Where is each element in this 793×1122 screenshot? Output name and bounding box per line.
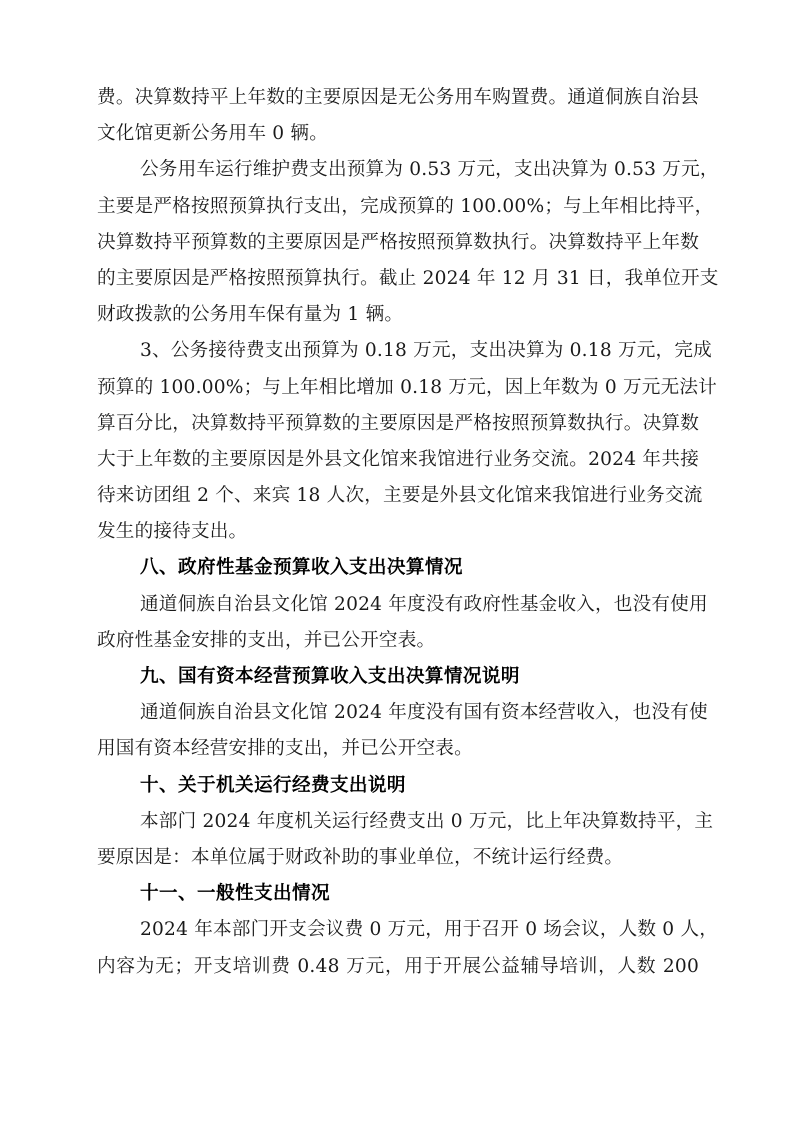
body-line: 内容为无；开支培训费 0.48 万元，用于开展公益辅导培训，人数 200: [97, 949, 699, 985]
section-heading-10: 十、关于机关运行经费支出说明: [97, 768, 699, 804]
body-line: 3、公务接待费支出预算为 0.18 万元，支出决算为 0.18 万元，完成: [97, 333, 699, 369]
section-heading-8: 八、政府性基金预算收入支出决算情况: [97, 550, 699, 586]
section-heading-11: 十一、一般性支出情况: [97, 876, 699, 912]
body-line: 费。决算数持平上年数的主要原因是无公务用车购置费。通道侗族自治县: [97, 80, 699, 116]
body-line: 算百分比，决算数持平预算数的主要原因是严格按照预算数执行。决算数: [97, 406, 699, 442]
body-line: 决算数持平预算数的主要原因是严格按照预算数执行。决算数持平上年数: [97, 225, 699, 261]
document-page: 费。决算数持平上年数的主要原因是无公务用车购置费。通道侗族自治县 文化馆更新公务…: [0, 0, 793, 1122]
section-heading-9: 九、国有资本经营预算收入支出决算情况说明: [97, 659, 699, 695]
body-line: 发生的接待支出。: [97, 514, 699, 550]
body-line: 大于上年数的主要原因是外县文化馆来我馆进行业务交流。2024 年共接: [97, 442, 699, 478]
body-line: 通道侗族自治县文化馆 2024 年度没有政府性基金收入，也没有使用: [97, 587, 699, 623]
body-line: 主要是严格按照预算执行支出，完成预算的 100.00%；与上年相比持平，: [97, 189, 699, 225]
body-line: 待来访团组 2 个、来宾 18 人次，主要是外县文化馆来我馆进行业务交流: [97, 478, 699, 514]
body-line: 的主要原因是严格按照预算执行。截止 2024 年 12 月 31 日，我单位开支: [97, 261, 699, 297]
document-body: 费。决算数持平上年数的主要原因是无公务用车购置费。通道侗族自治县 文化馆更新公务…: [97, 80, 699, 985]
body-line: 预算的 100.00%；与上年相比增加 0.18 万元，因上年数为 0 万元无法…: [97, 370, 699, 406]
body-line: 财政拨款的公务用车保有量为 1 辆。: [97, 297, 699, 333]
body-line: 政府性基金安排的支出，并已公开空表。: [97, 623, 699, 659]
body-line: 公务用车运行维护费支出预算为 0.53 万元，支出决算为 0.53 万元，: [97, 152, 699, 188]
body-line: 2024 年本部门开支会议费 0 万元，用于召开 0 场会议，人数 0 人，: [97, 912, 699, 948]
body-line: 用国有资本经营安排的支出，并已公开空表。: [97, 731, 699, 767]
body-line: 要原因是：本单位属于财政补助的事业单位，不统计运行经费。: [97, 840, 699, 876]
body-line: 文化馆更新公务用车 0 辆。: [97, 116, 699, 152]
body-line: 通道侗族自治县文化馆 2024 年度没有国有资本经营收入，也没有使: [97, 695, 699, 731]
body-line: 本部门 2024 年度机关运行经费支出 0 万元，比上年决算数持平，主: [97, 804, 699, 840]
